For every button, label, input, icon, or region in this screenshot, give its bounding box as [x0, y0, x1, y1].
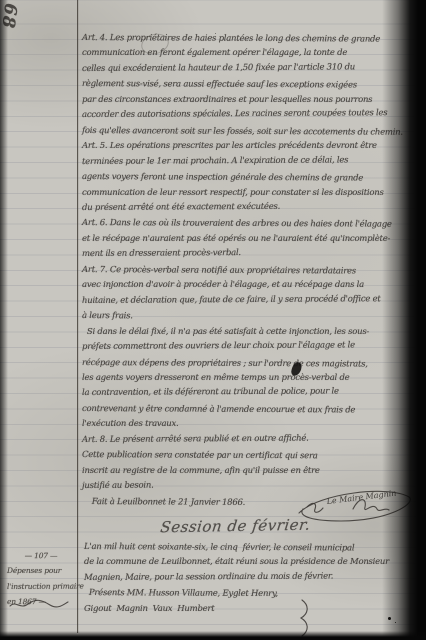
margin-note-flourish-icon: [8, 596, 70, 614]
manuscript-line: ment ils en dresseraient procès-verbal.: [82, 245, 408, 262]
body-text: Art. 4. Les propriétaires de haies plant…: [82, 31, 408, 510]
manuscript-line: huitaine, et déclaration que, faute de c…: [82, 292, 408, 309]
manuscript-line: Art. 5. Les opérations prescrites par le…: [82, 139, 408, 154]
manuscript-line: Dépenses pour: [7, 563, 75, 578]
manuscript-line: Cette publication sera constatée par un …: [82, 448, 408, 465]
manuscript-line: Art. 4. Les propriétaires de haies plant…: [82, 31, 408, 48]
manuscript-line: l'instruction primaire: [7, 578, 75, 594]
margin-rule-line: [77, 0, 78, 633]
section-heading: Session de février.: [157, 516, 315, 537]
manuscript-line: Magnien, Maire, pour la session ordinair…: [84, 569, 410, 586]
manuscript-line: — 107 —: [7, 548, 75, 564]
manuscript-line: récépage aux dépens des propriétaires ; …: [82, 356, 408, 373]
manuscript-line: préfets commettront des ouvriers de leur…: [82, 338, 408, 355]
manuscript-line: celles qui excéderaient la hauteur de 1,…: [82, 60, 408, 77]
manuscript-line: Présents MM. Husson Villaume, Eyglet Hen…: [84, 586, 410, 603]
manuscript-line: Art. 6. Dans le cas où ils trouveraient …: [82, 216, 408, 233]
manuscript-line: contrevenant y être condamné à l'amende …: [82, 402, 408, 419]
manuscript-scan-page: 68 Art. 4. Les propriétaires de haies pl…: [0, 0, 426, 640]
manuscript-line: Gigout Magnin Vaux Humbert: [84, 602, 410, 617]
scan-edge-left: [0, 0, 8, 640]
scan-edge-right: [382, 0, 426, 640]
scan-edge-bottom: [0, 631, 426, 640]
manuscript-line: la contravention, et ils déféreront au t…: [82, 384, 408, 401]
manuscript-line: L'an mil huit cent soixante-six, le cinq…: [84, 540, 410, 557]
manuscript-line: du présent arrêté ont été exactement exé…: [82, 199, 408, 216]
manuscript-line: terminées pour le 1er mai prochain. A l'…: [82, 153, 408, 170]
manuscript-line: accorder des autorisations spéciales. Le…: [82, 106, 408, 123]
session-text: L'an mil huit cent soixante-six, le cinq…: [84, 540, 410, 617]
manuscript-line: règlement sus-visé, sera aussi effectuée…: [82, 77, 408, 94]
manuscript-line: Art. 7. Ce procès-verbal sera notifié au…: [82, 263, 408, 280]
manuscript-line: Art. 8. Le présent arrêté sera publié et…: [82, 431, 408, 448]
manuscript-line: fois qu'elles avanceront soit sur les fo…: [82, 124, 408, 141]
manuscript-line: agents voyers feront une inspection géné…: [82, 170, 408, 187]
manuscript-line: à leurs frais.: [82, 309, 408, 326]
